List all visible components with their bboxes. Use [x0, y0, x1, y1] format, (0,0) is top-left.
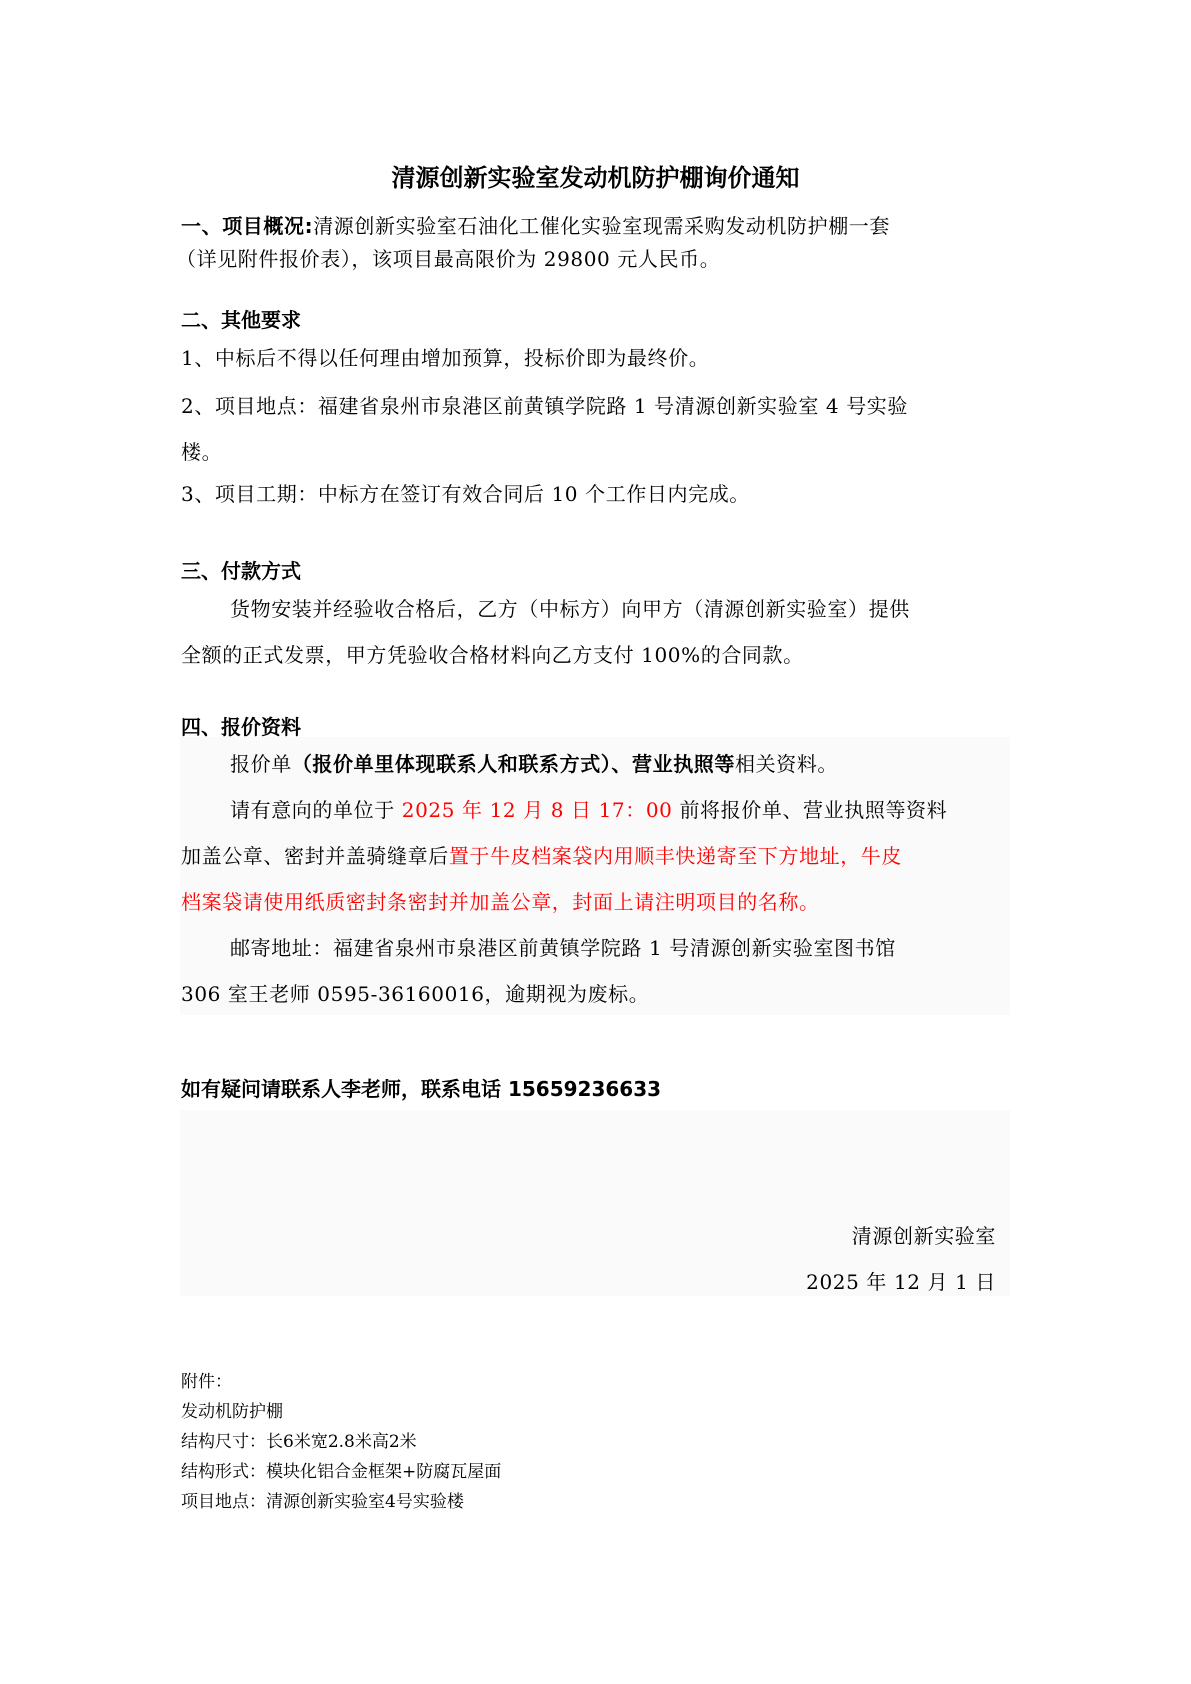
envelope-instruction-red: 档案袋请使用纸质密封条密封并加盖公章，封面上请注明项目的名称。: [181, 886, 820, 915]
attachment-size: 结构尺寸：长6米宽2.8米高2米: [181, 1427, 417, 1452]
contact-info: 如有疑问请联系人李老师，联系电话 15659236633: [181, 1073, 661, 1102]
section3-heading: 三、付款方式: [181, 555, 301, 584]
section3-line2: 全额的正式发票，甲方凭验收合格材料向乙方支付 100%的合同款。: [181, 639, 804, 668]
mailing-address-line1: 邮寄地址：福建省泉州市泉港区前黄镇学院路 1 号清源创新实验室图书馆: [230, 932, 896, 961]
document-page: 清源创新实验室发动机防护棚询价通知 一、项目概况:清源创新实验室石油化工催化实验…: [0, 0, 1191, 1684]
section1-line2: （详见附件报价表），该项目最高限价为 29800 元人民币。: [176, 243, 720, 272]
deadline-datetime: 2025 年 12 月 8 日 17：00: [402, 798, 673, 822]
section4-para1: 报价单（报价单里体现联系人和联系方式）、营业执照等相关资料。: [230, 748, 838, 777]
seal-instruction: 加盖公章、密封并盖骑缝章后: [181, 844, 449, 868]
shaded-block-quote-info: [180, 737, 1010, 1015]
signature-org: 清源创新实验室: [852, 1220, 996, 1249]
section2-item2-line1: 2、项目地点：福建省泉州市泉港区前黄镇学院路 1 号清源创新实验室 4 号实验: [181, 390, 908, 419]
section4-para2: 请有意向的单位于 2025 年 12 月 8 日 17：00 前将报价单、营业执…: [230, 794, 947, 823]
section4-para3: 加盖公章、密封并盖骑缝章后置于牛皮档案袋内用顺丰快递寄至下方地址，牛皮: [181, 840, 902, 869]
section1-text1: 清源创新实验室石油化工催化实验室现需采购发动机防护棚一套: [313, 214, 890, 238]
section2-item3: 3、项目工期：中标方在签订有效合同后 10 个工作日内完成。: [181, 478, 750, 507]
attachment-form: 结构形式：模块化铝合金框架+防腐瓦屋面: [181, 1457, 501, 1482]
quote-sheet-text: 报价单: [230, 752, 292, 776]
section2-item1: 1、中标后不得以任何理由增加预算，投标价即为最终价。: [181, 342, 709, 371]
attachment-item-name: 发动机防护棚: [181, 1397, 283, 1422]
mailing-address-line2: 306 室王老师 0595-36160016，逾期视为废标。: [181, 978, 649, 1007]
attachment-location: 项目地点：清源创新实验室4号实验楼: [181, 1487, 464, 1512]
deadline-prefix: 请有意向的单位于: [230, 798, 402, 822]
section1-line1: 一、项目概况:清源创新实验室石油化工催化实验室现需采购发动机防护棚一套: [181, 210, 890, 239]
section1-label: 一、项目概况:: [181, 214, 313, 238]
quote-sheet-tail: 相关资料。: [735, 752, 838, 776]
mail-instruction-red: 置于牛皮档案袋内用顺丰快递寄至下方地址，牛皮: [449, 844, 902, 868]
section4-heading: 四、报价资料: [181, 711, 301, 740]
deadline-suffix: 前将报价单、营业执照等资料: [672, 798, 947, 822]
signature-date: 2025 年 12 月 1 日: [806, 1266, 996, 1295]
document-title: 清源创新实验室发动机防护棚询价通知: [0, 158, 1191, 193]
section2-item2-line2: 楼。: [181, 436, 222, 465]
attachment-label: 附件：: [181, 1367, 232, 1392]
section3-line1: 货物安装并经验收合格后，乙方（中标方）向甲方（清源创新实验室）提供: [230, 593, 910, 622]
section2-heading: 二、其他要求: [181, 304, 301, 333]
quote-sheet-bold: （报价单里体现联系人和联系方式）、营业执照等: [292, 752, 735, 776]
